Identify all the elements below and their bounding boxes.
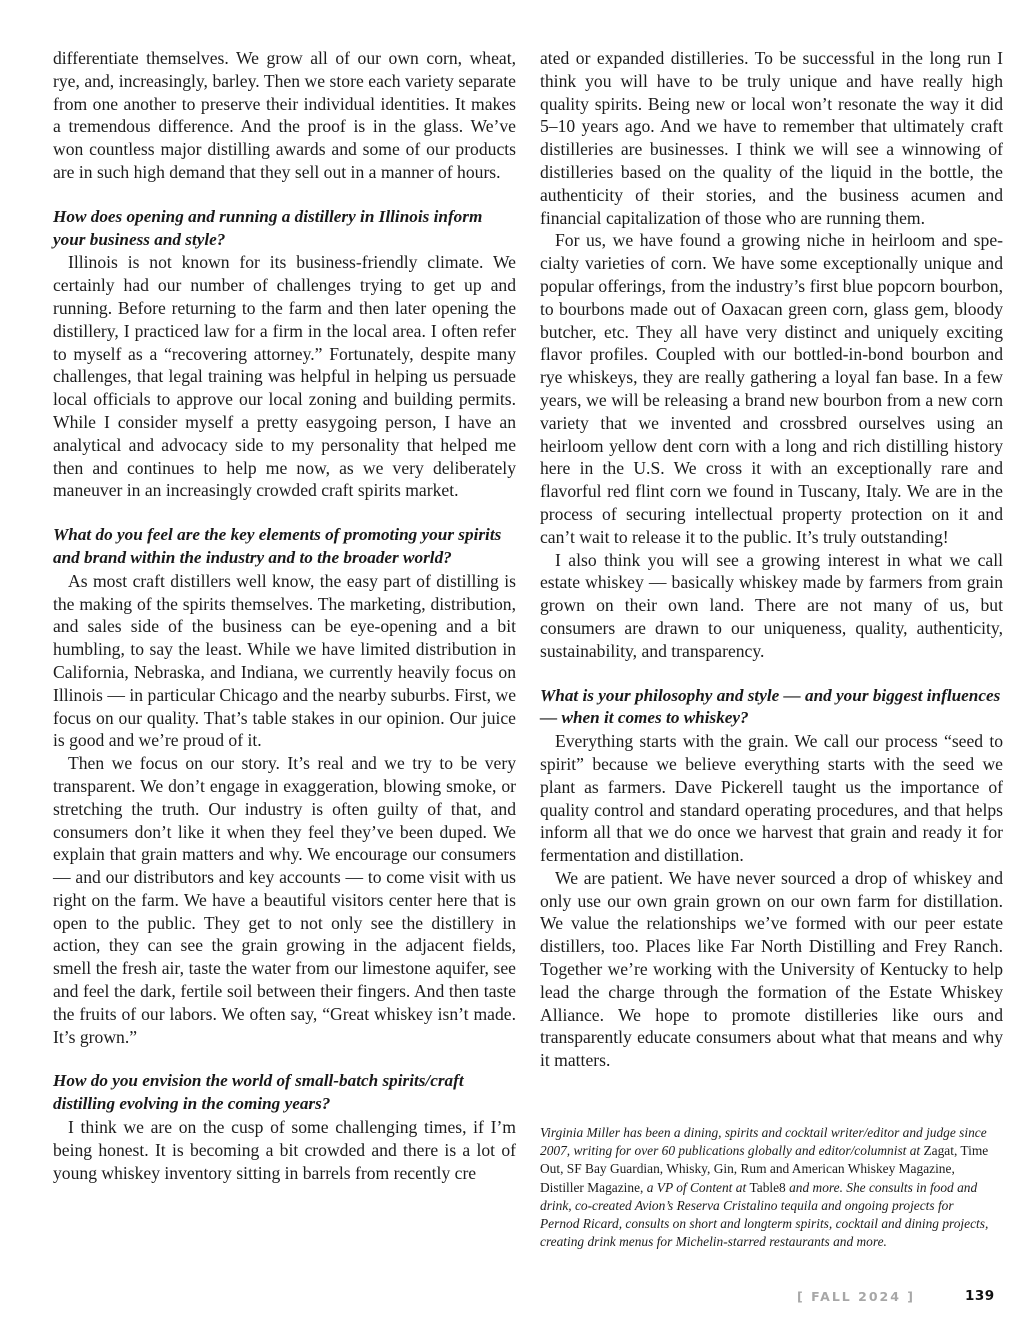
body-paragraph: ated or expanded distilleries. To be suc… — [540, 47, 1003, 229]
bio-text: Virginia Miller has been a dining, spiri… — [540, 1125, 987, 1158]
body-paragraph: I also think you will see a growing inte… — [540, 549, 1003, 663]
body-paragraph: Illinois is not known for its business-f… — [53, 251, 516, 502]
interview-question: What do you feel are the key elements of… — [53, 524, 516, 570]
bio-company: Table8 — [750, 1180, 786, 1195]
interview-question: What is your philosophy and style — and … — [540, 685, 1003, 731]
bio-text: a VP of Content at — [643, 1180, 749, 1195]
body-paragraph: Then we focus on our story. It’s real an… — [53, 752, 516, 1048]
left-column: differentiate themselves. We grow all of… — [53, 47, 516, 1184]
page-number: 139 — [965, 1288, 995, 1304]
body-paragraph: We are patient. We have never sourced a … — [540, 867, 1003, 1072]
magazine-page: differentiate themselves. We grow all of… — [0, 0, 1020, 1330]
body-paragraph: differentiate themselves. We grow all of… — [53, 47, 516, 184]
body-paragraph: As most craft distillers well know, the … — [53, 570, 516, 752]
issue-label: [ FALL 2024 ] — [797, 1289, 915, 1304]
body-paragraph: For us, we have found a growing niche in… — [540, 229, 1003, 548]
interview-question: How do you envision the world of small-b… — [53, 1070, 516, 1116]
body-paragraph: Everything starts with the grain. We cal… — [540, 730, 1003, 867]
author-bio: Virginia Miller has been a dining, spiri… — [540, 1124, 995, 1251]
interview-question: How does opening and running a distiller… — [53, 206, 516, 252]
body-paragraph: I think we are on the cusp of some chall… — [53, 1116, 516, 1184]
right-column: ated or expanded distilleries. To be suc… — [540, 47, 1003, 1072]
